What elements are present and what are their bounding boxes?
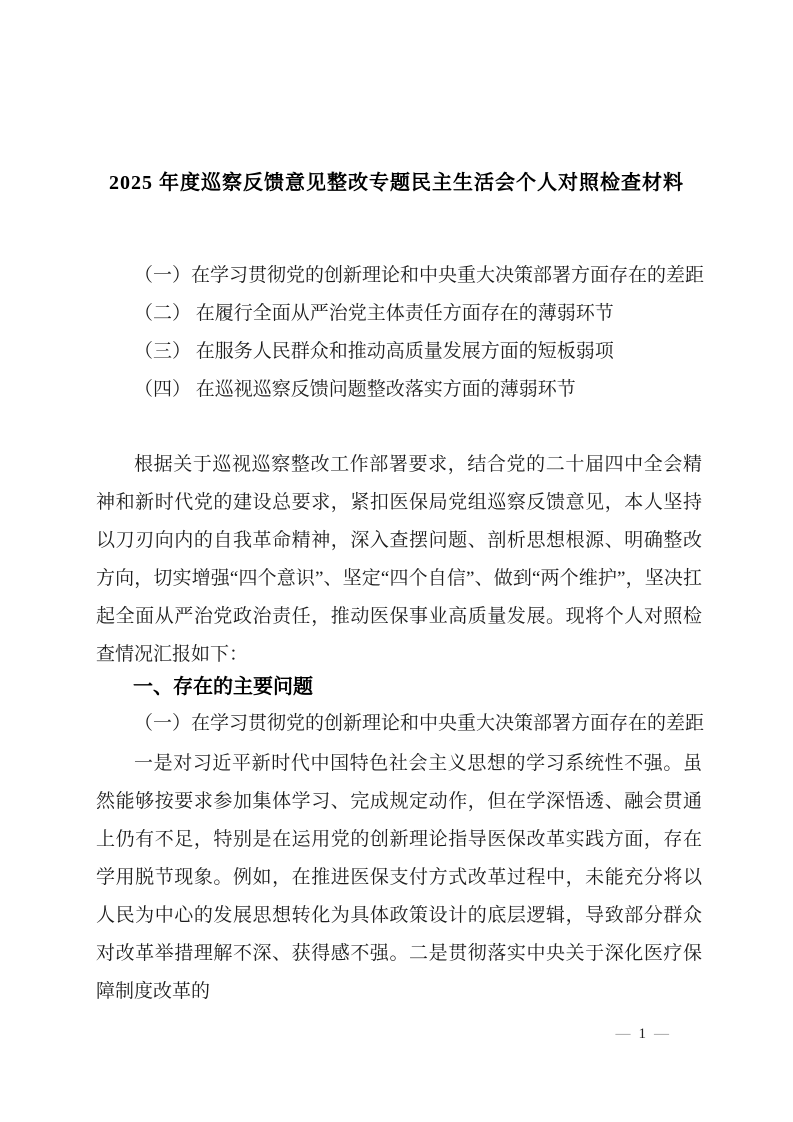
outline-item-2: （二） 在履行全面从严治党主体责任方面存在的薄弱环节	[96, 295, 706, 333]
page-number-dash-right: —	[654, 1026, 670, 1042]
section-heading: 一、存在的主要问题	[96, 668, 702, 706]
body-paragraph: 一是对习近平新时代中国特色社会主义思想的学习系统性不强。虽然能够按要求参加集体学…	[96, 745, 702, 1011]
outline-item-4: （四） 在巡视巡察反馈问题整改落实方面的薄弱环节	[96, 371, 706, 409]
page-footer: —1—	[0, 1026, 670, 1043]
outline-item-1: （一）在学习贯彻党的创新理论和中央重大决策部署方面存在的差距	[96, 257, 706, 295]
page-number: 1	[639, 1026, 648, 1042]
outline-item-3: （三） 在服务人民群众和推动高质量发展方面的短板弱项	[96, 333, 706, 371]
intro-paragraph: 根据关于巡视巡察整改工作部署要求，结合党的二十届四中全会精神和新时代党的建设总要…	[96, 446, 702, 674]
document-page: 2025 年度巡察反馈意见整改专题民主生活会个人对照检查材料 （一）在学习贯彻党…	[0, 0, 793, 1122]
subsection-heading: （一）在学习贯彻党的创新理论和中央重大决策部署方面存在的差距	[96, 705, 702, 743]
page-number-dash-left: —	[616, 1026, 632, 1042]
outline-list: （一）在学习贯彻党的创新理论和中央重大决策部署方面存在的差距 （二） 在履行全面…	[96, 257, 706, 409]
document-title: 2025 年度巡察反馈意见整改专题民主生活会个人对照检查材料	[0, 166, 793, 195]
